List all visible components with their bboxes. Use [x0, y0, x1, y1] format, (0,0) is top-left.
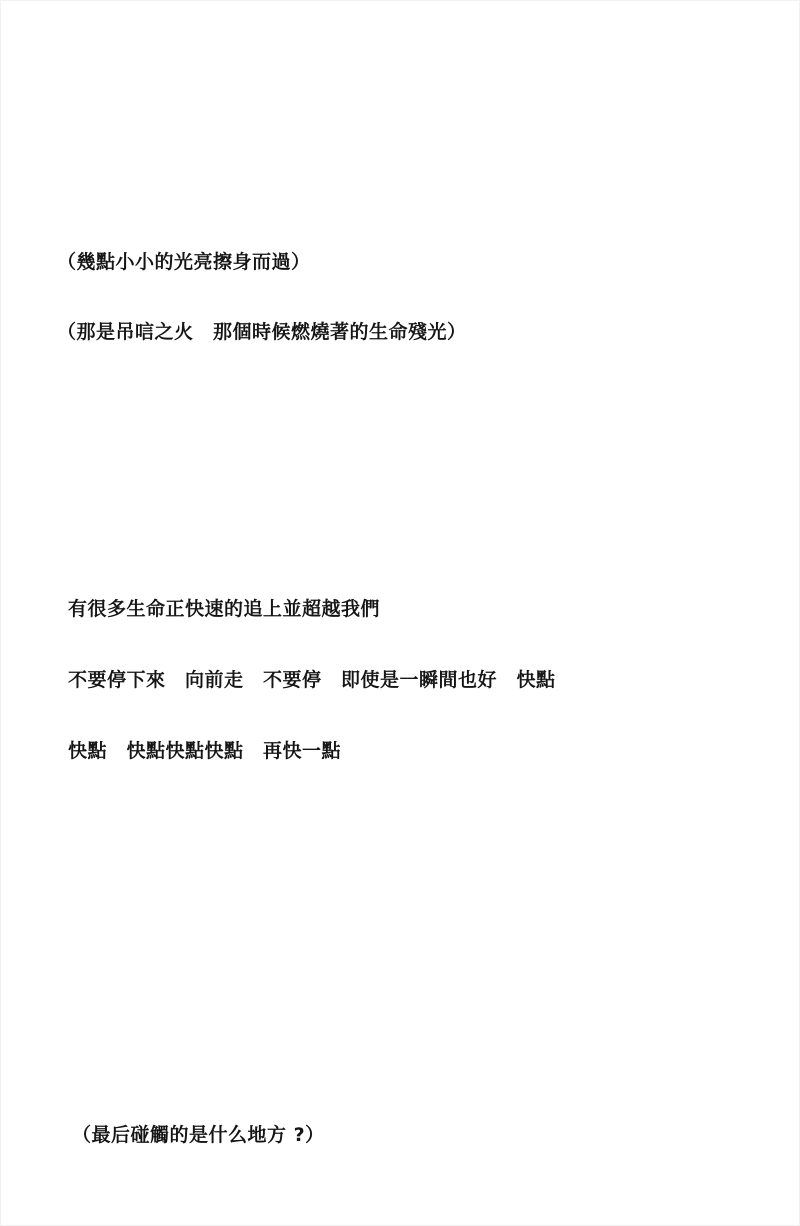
dialogue-block-last-touch: （最后碰觸的是什么地方 ?） — [72, 1078, 325, 1192]
dialogue-line: （那是吊唁之火 那個時候燃燒著的生命殘光） — [57, 319, 467, 345]
dialogue-line: 不要停下來 向前走 不要停 即使是一瞬間也好 快點 — [68, 667, 556, 694]
dialogue-block-mourning-fire: （幾點小小的光亮擦身而過） （那是吊唁之火 那個時候燃燒著的生命殘光） — [57, 205, 467, 389]
dialogue-line: （幾點小小的光亮擦身而過） — [57, 249, 467, 275]
dialogue-line: （最后碰觸的是什么地方 ?） — [72, 1122, 325, 1148]
dialogue-line: 快點 快點快點快點 再快一點 — [68, 738, 556, 765]
dialogue-line: 有很多生命正快速的追上並超越我們 — [68, 596, 556, 623]
dialogue-block-hurry: 有很多生命正快速的追上並超越我們 不要停下來 向前走 不要停 即使是一瞬間也好 … — [68, 552, 556, 809]
scanned-page: （幾點小小的光亮擦身而過） （那是吊唁之火 那個時候燃燒著的生命殘光） 有很多生… — [0, 0, 800, 1226]
